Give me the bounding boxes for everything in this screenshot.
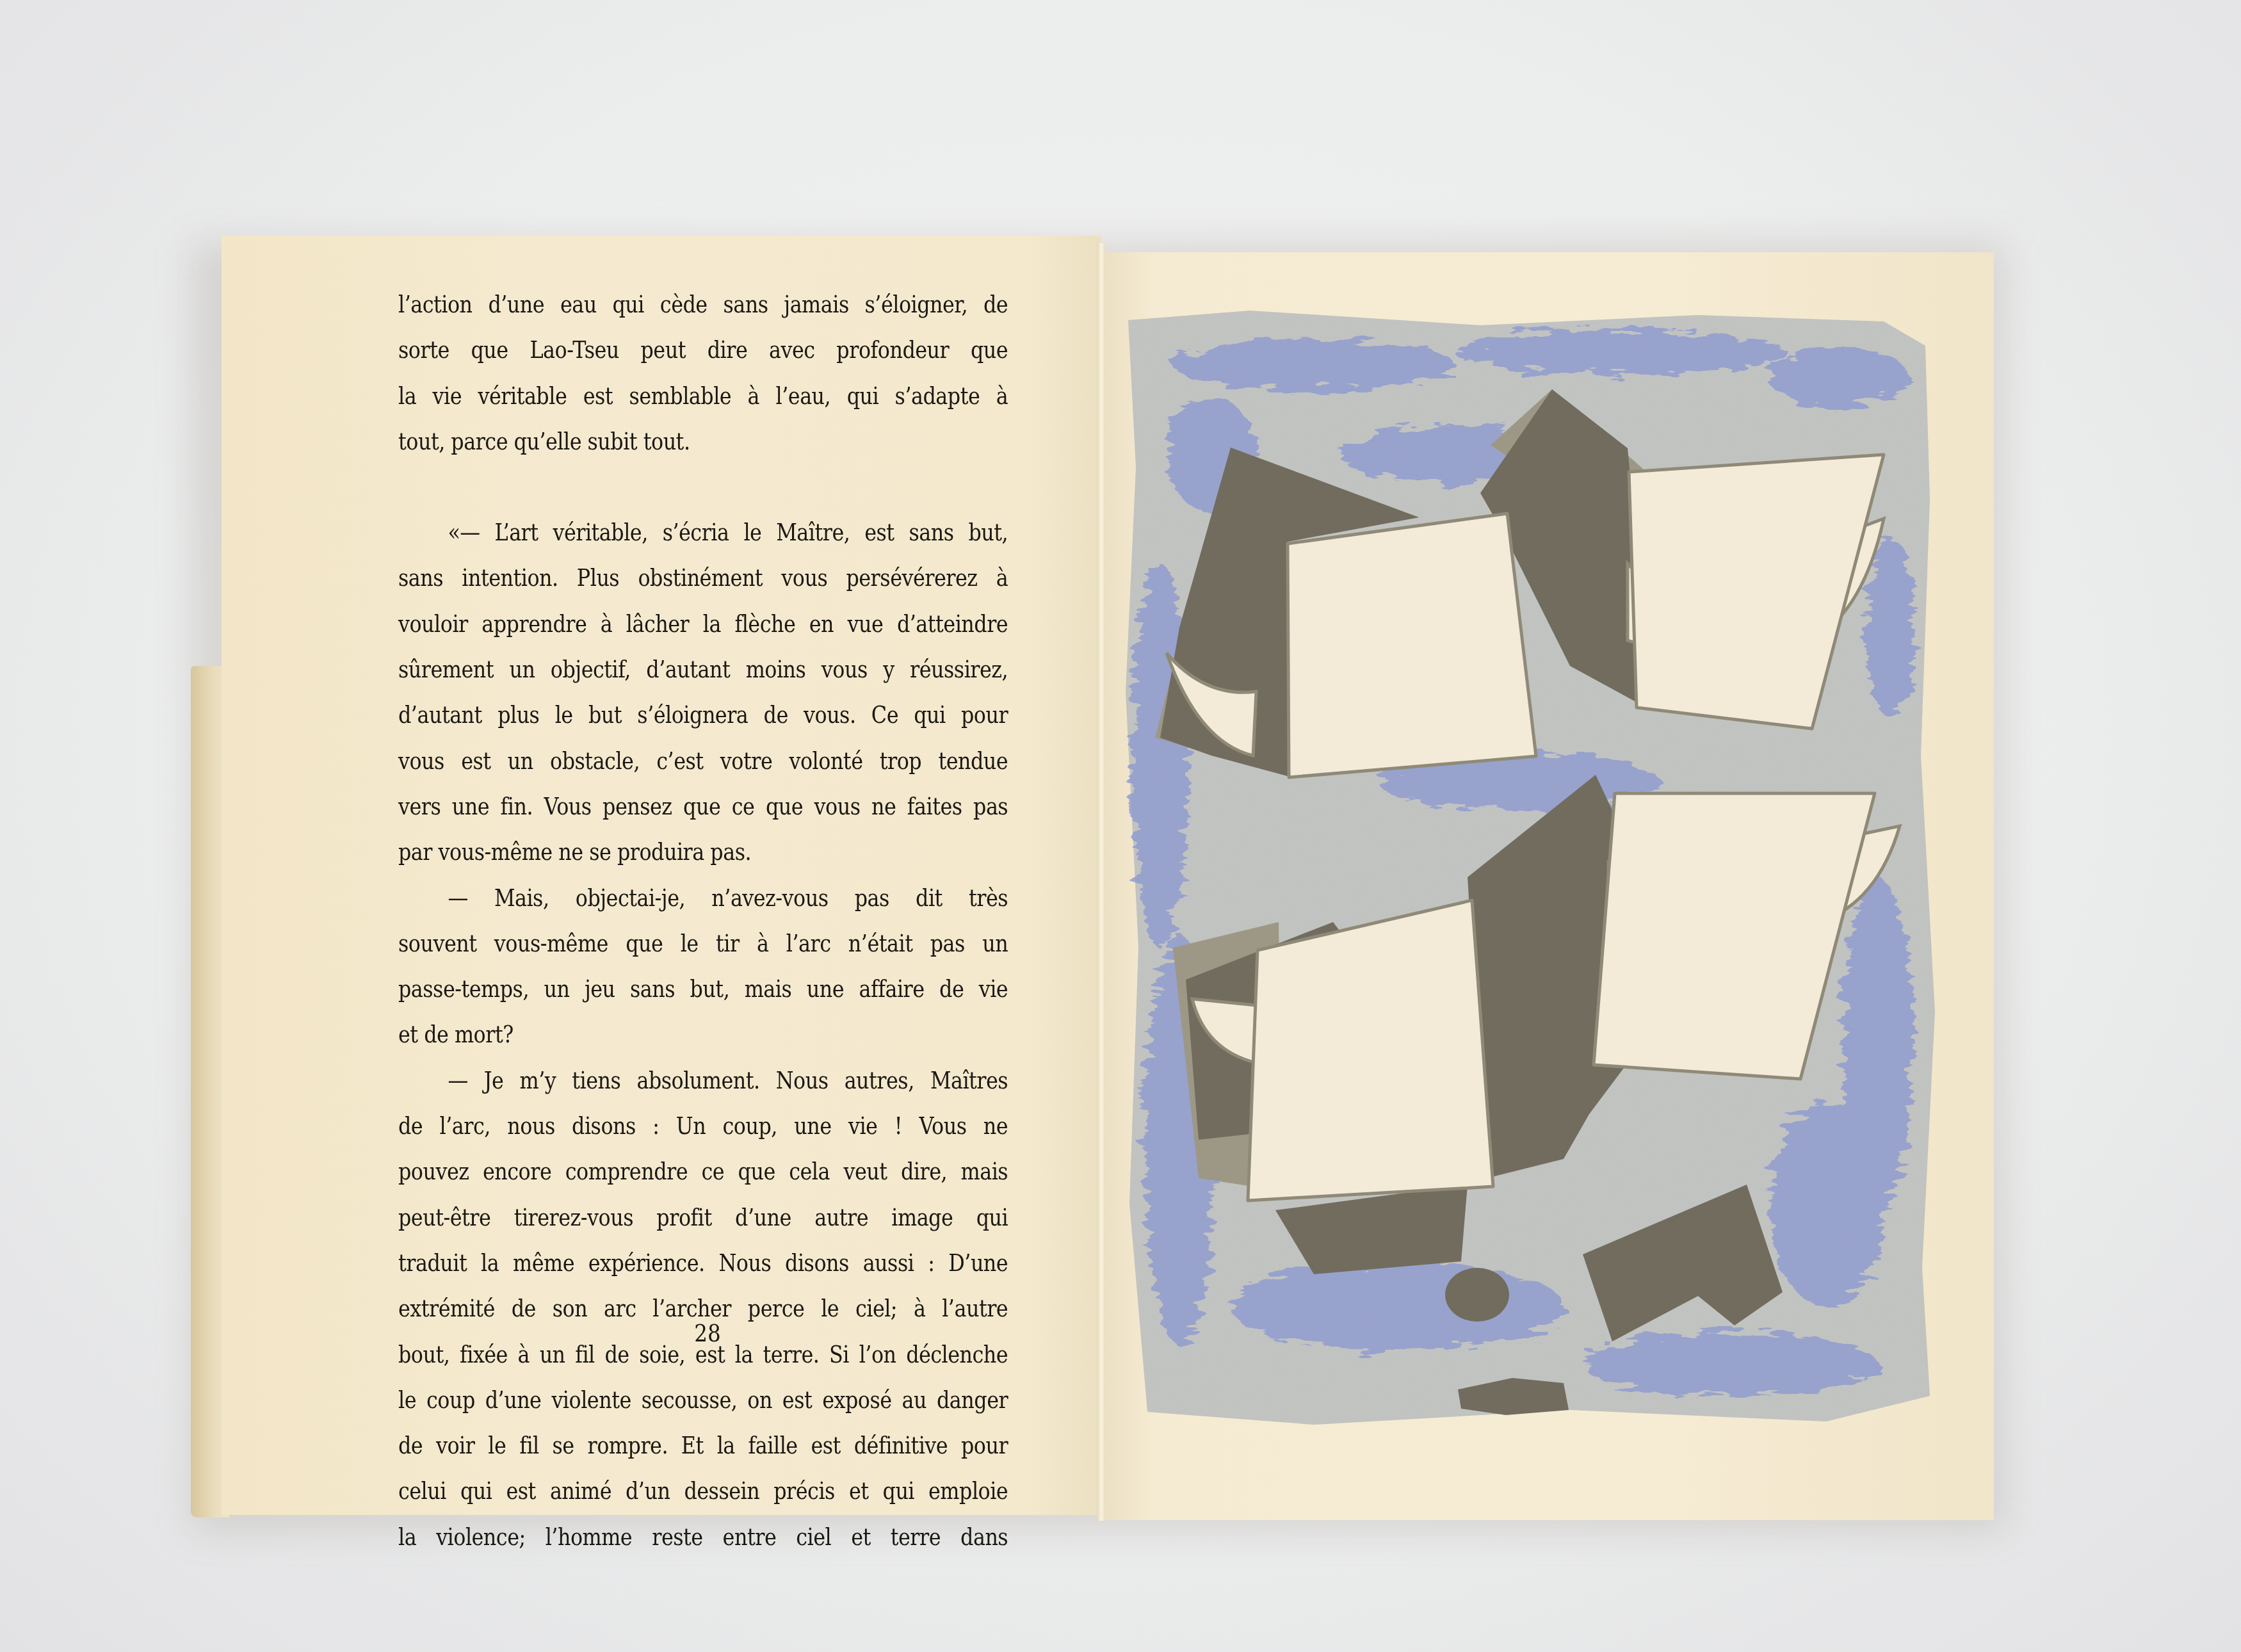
text-line: vers une fin. Vous pensez que ce que vou… <box>398 784 1008 829</box>
text-line: sûrement un objectif, d’autant moins vou… <box>398 647 1008 692</box>
text-line: et de mort? <box>398 1012 1008 1057</box>
text-line: la vie véritable est semblable à l’eau, … <box>398 373 1008 419</box>
sail-1 <box>1288 514 1536 777</box>
text-line: peut-être tirerez-vous profit d’une autr… <box>398 1195 1008 1240</box>
text-line: — Je m’y tiens absolument. Nous autres, … <box>398 1058 1008 1103</box>
text-line: pouvez encore comprendre ce que cela veu… <box>398 1149 1008 1194</box>
text-line: de l’arc, nous disons : Un coup, une vie… <box>398 1103 1008 1149</box>
text-line: «— L’art véritable, s’écria le Maître, e… <box>398 510 1008 555</box>
dark-blob-1 <box>1445 1268 1509 1322</box>
text-line: traduit la même expérience. Nous disons … <box>398 1240 1008 1286</box>
text-line: la violence; l’homme reste entre ciel et… <box>398 1514 1008 1560</box>
page-number: 28 <box>683 1319 732 1347</box>
text-line: le coup d’une violente secousse, on est … <box>398 1377 1008 1423</box>
sails-artwork <box>1122 307 1943 1429</box>
text-line: l’action d’une eau qui cède sans jamais … <box>398 282 1008 327</box>
sail-3 <box>1248 900 1493 1201</box>
text-line: vouloir apprendre à lâcher la flèche en … <box>398 601 1008 647</box>
book-spine <box>1097 243 1106 1521</box>
text-line: tout, parce qu’elle subit tout. <box>398 419 1008 464</box>
text-line: d’autant plus le but s’éloignera de vous… <box>398 692 1008 738</box>
text-line: — Mais, objectai-je, n’avez-vous pas dit… <box>398 875 1008 921</box>
text-line: passe-temps, un jeu sans but, mais une a… <box>398 966 1008 1012</box>
text-line: par vous-même ne se produira pas. <box>398 829 1008 875</box>
text-line: celui qui est animé d’un dessein précis … <box>398 1468 1008 1514</box>
text-line: de voir le fil se rompre. Et la faille e… <box>398 1423 1008 1468</box>
text-line: sorte que Lao-Tseu peut dire avec profon… <box>398 327 1008 373</box>
text-line: sans intention. Plus obstinément vous pe… <box>398 555 1008 601</box>
lithograph-illustration <box>1122 307 1943 1429</box>
page-text: l’action d’une eau qui cède sans jamais … <box>398 282 1008 1560</box>
text-line: vous est un obstacle, c’est votre volont… <box>398 738 1008 784</box>
text-line: souvent vous-même que le tir à l’arc n’é… <box>398 921 1008 966</box>
